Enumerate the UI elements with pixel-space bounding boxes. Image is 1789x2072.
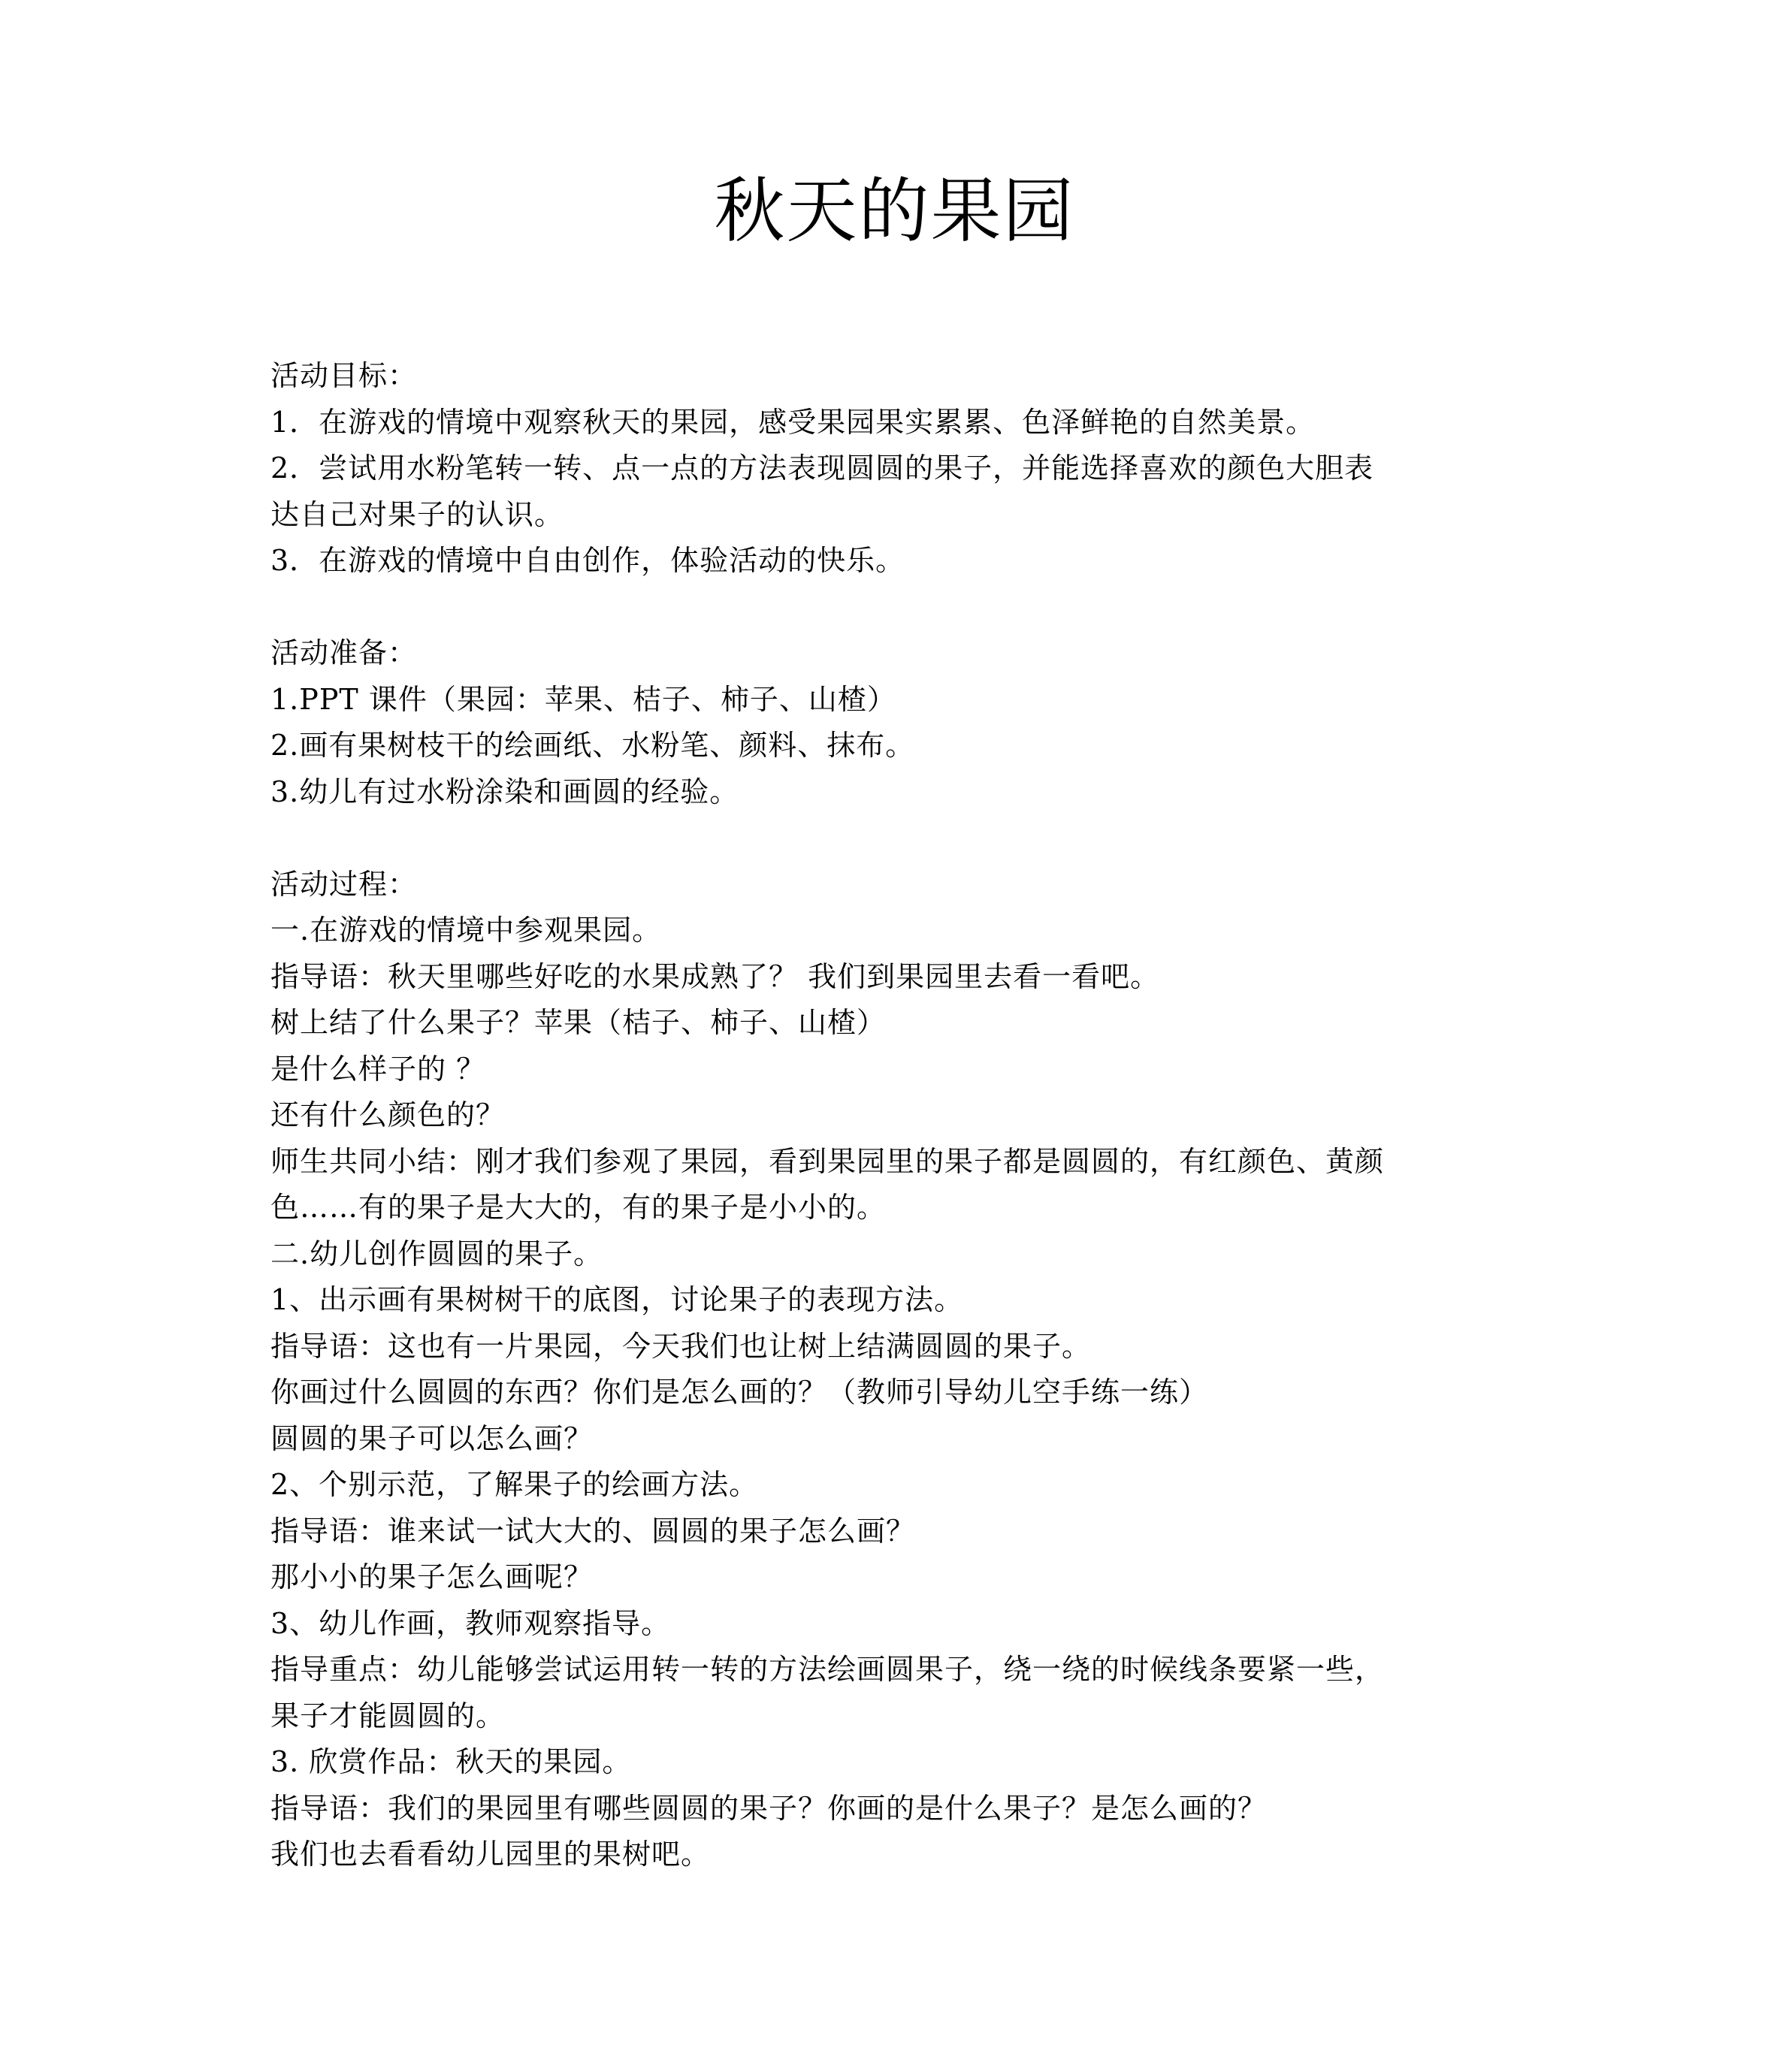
paragraph-line: 3.幼儿有过水粉涂染和画圆的经验。: [270, 769, 1518, 816]
paragraph-line: 你画过什么圆圆的东西？你们是怎么画的？（教师引导幼儿空手练一练）: [270, 1370, 1518, 1416]
paragraph-line: 我们也去看看幼儿园里的果树吧。: [270, 1832, 1518, 1878]
paragraph-line: 还有什么颜色的？: [270, 1092, 1518, 1139]
paragraph-line: 达自己对果子的认识。: [270, 492, 1518, 539]
paragraph-line: 1、出示画有果树树干的底图，讨论果子的表现方法。: [270, 1277, 1518, 1324]
section-heading-preparation: 活动准备：: [270, 630, 1518, 677]
section-spacer: [270, 815, 1518, 862]
paragraph-line: 指导重点：幼儿能够尝试运用转一转的方法绘画圆果子，绕一绕的时候线条要紧一些，: [270, 1647, 1518, 1693]
paragraph-line: 1．在游戏的情境中观察秋天的果园，感受果园果实累累、色泽鲜艳的自然美景。: [270, 400, 1518, 446]
paragraph-line: 一.在游戏的情境中参观果园。: [270, 908, 1518, 954]
document-body: 活动目标： 1．在游戏的情境中观察秋天的果园，感受果园果实累累、色泽鲜艳的自然美…: [270, 353, 1518, 1878]
paragraph-line: 是什么样子的 ？: [270, 1047, 1518, 1093]
paragraph-line: 3．在游戏的情境中自由创作，体验活动的快乐。: [270, 538, 1518, 584]
paragraph-line: 2.画有果树枝干的绘画纸、水粉笔、颜料、抹布。: [270, 723, 1518, 769]
paragraph-line: 3、幼儿作画，教师观察指导。: [270, 1601, 1518, 1648]
section-heading-process: 活动过程：: [270, 862, 1518, 908]
paragraph-line: 二.幼儿创作圆圆的果子。: [270, 1231, 1518, 1278]
paragraph-line: 树上结了什么果子？苹果（桔子、柿子、山楂）: [270, 1000, 1518, 1047]
paragraph-line: 师生共同小结：刚才我们参观了果园，看到果园里的果子都是圆圆的，有红颜色、黄颜: [270, 1139, 1518, 1186]
paragraph-line: 指导语：谁来试一试大大的、圆圆的果子怎么画？: [270, 1509, 1518, 1555]
document-title: 秋天的果园: [0, 167, 1789, 257]
section-heading-goals: 活动目标：: [270, 353, 1518, 400]
paragraph-line: 指导语：秋天里哪些好吃的水果成熟了？ 我们到果园里去看一看吧。: [270, 954, 1518, 1001]
paragraph-line: 3. 欣赏作品：秋天的果园。: [270, 1739, 1518, 1786]
section-spacer: [270, 584, 1518, 631]
paragraph-line: 指导语：我们的果园里有哪些圆圆的果子？你画的是什么果子？是怎么画的？: [270, 1786, 1518, 1832]
paragraph-line: 果子才能圆圆的。: [270, 1693, 1518, 1740]
paragraph-line: 2、个别示范，了解果子的绘画方法。: [270, 1462, 1518, 1509]
paragraph-line: 圆圆的果子可以怎么画？: [270, 1416, 1518, 1463]
paragraph-line: 指导语：这也有一片果园，今天我们也让树上结满圆圆的果子。: [270, 1324, 1518, 1370]
paragraph-line: 那小小的果子怎么画呢？: [270, 1554, 1518, 1601]
paragraph-line: 1.PPT 课件（果园：苹果、桔子、柿子、山楂）: [270, 677, 1518, 723]
paragraph-line: 2．尝试用水粉笔转一转、点一点的方法表现圆圆的果子，并能选择喜欢的颜色大胆表: [270, 446, 1518, 492]
paragraph-line: 色……有的果子是大大的，有的果子是小小的。: [270, 1185, 1518, 1231]
document-page: 秋天的果园 活动目标： 1．在游戏的情境中观察秋天的果园，感受果园果实累累、色泽…: [0, 0, 1789, 2072]
